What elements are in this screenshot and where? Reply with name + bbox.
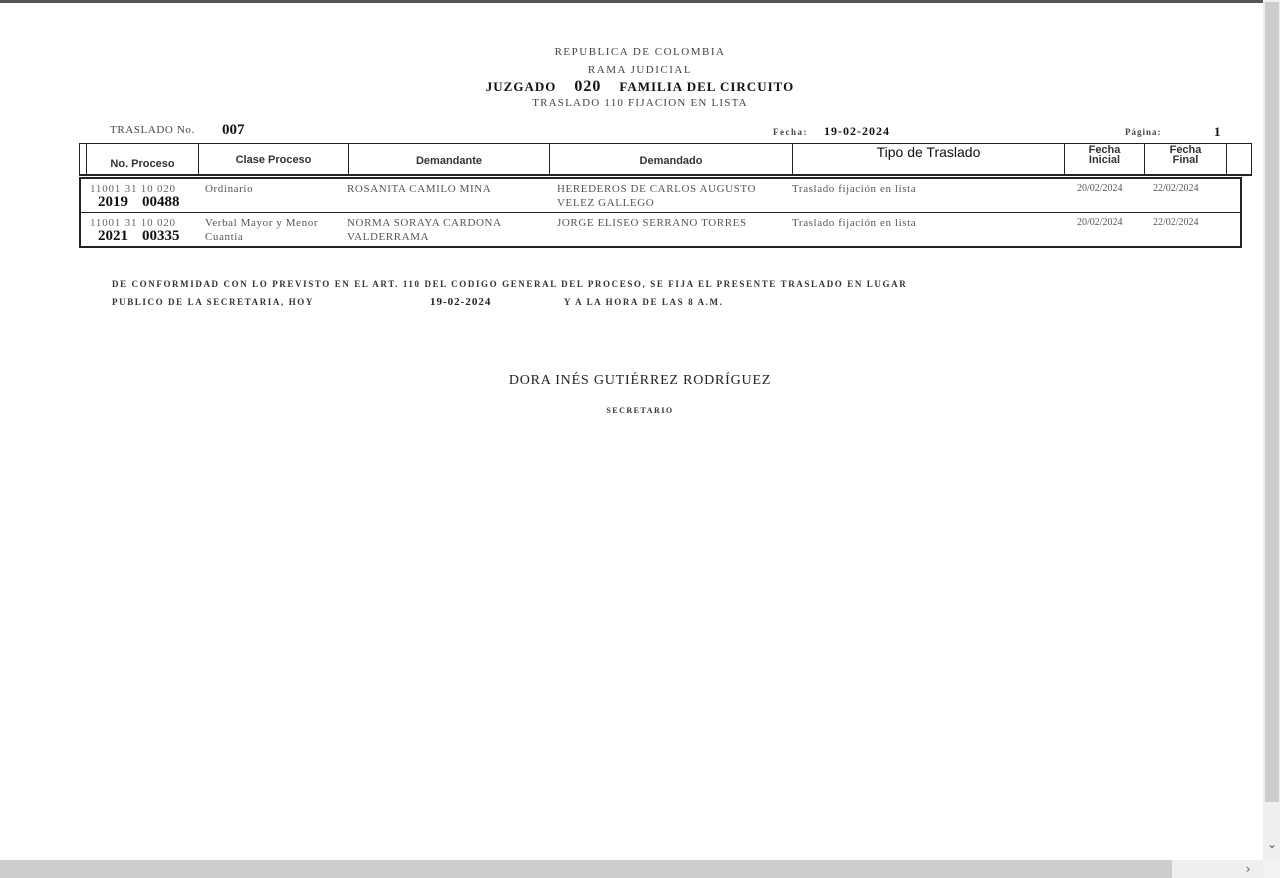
fecha-value: 19-02-2024 [824,124,890,139]
tipo-traslado: Traslado fijación en lista [792,216,916,230]
demandante: NORMA SORAYA CARDONA VALDERRAMA [347,216,552,244]
vertical-scrollbar[interactable]: ⌄ [1263,0,1280,860]
notice-date: 19-02-2024 [430,296,491,308]
col-tipo-traslado: Tipo de Traslado [793,144,1065,174]
document-top-border [0,0,1263,3]
tipo-traslado: Traslado fijación en lista [792,182,916,196]
header-rama: RAMA JUDICIAL [0,64,1280,76]
col-fecha-inicial: FechaInicial [1065,144,1145,174]
demandado: JORGE ELISEO SERRANO TORRES [557,216,792,230]
col-demandante: Demandante [349,144,550,174]
col-no-proceso: No. Proceso [87,144,199,174]
horizontal-scrollbar[interactable]: › [0,860,1263,878]
fecha-final: 22/02/2024 [1153,182,1199,196]
fecha-final: 22/02/2024 [1153,216,1199,230]
horizontal-scroll-thumb[interactable] [0,860,1172,878]
notice-line-2-text: PUBLICO DE LA SECRETARIA, HOY [112,297,314,307]
clase-proceso: Verbal Mayor y Menor Cuantía [205,216,340,244]
table-body: 11001 31 10 020 201900488 Ordinario ROSA… [79,177,1242,248]
col-demandado: Demandado [550,144,793,174]
table-row: 11001 31 10 020 202100335 Verbal Mayor y… [81,213,1240,246]
notice-line-2: PUBLICO DE LA SECRETARIA, HOY 19-02-2024… [112,297,314,307]
juzgado-label: JUZGADO [486,79,557,94]
traslado-label: TRASLADO No. [110,124,195,136]
scroll-down-icon[interactable]: ⌄ [1265,836,1279,852]
col-clase-proceso: Clase Proceso [199,144,349,174]
col-fecha-final: FechaFinal [1145,144,1227,174]
scroll-right-icon[interactable]: › [1240,861,1256,877]
table-header: No. Proceso Clase Proceso Demandante Dem… [79,143,1252,176]
pagina-label: Página: [1125,127,1162,137]
demandado: HEREDEROS DE CARLOS AUGUSTO VELEZ GALLEG… [557,182,792,210]
pagina-value: 1 [1214,124,1221,140]
fecha-inicial: 20/02/2024 [1077,216,1123,230]
demandante: ROSANITA CAMILO MINA [347,182,552,196]
proceso-number: 201900488 [98,195,180,209]
proceso-number: 202100335 [98,229,180,243]
notice-line-1: DE CONFORMIDAD CON LO PREVISTO EN EL ART… [112,279,907,289]
header-republica: REPUBLICA DE COLOMBIA [0,46,1280,58]
fecha-label: Fecha: [773,127,808,137]
notice-hora: Y A LA HORA DE LAS 8 A.M. [564,297,723,307]
juzgado-name: FAMILIA DEL CIRCUITO [619,79,794,94]
traslado-number: 007 [222,122,245,139]
header-traslado-type: TRASLADO 110 FIJACION EN LISTA [0,97,1280,109]
header-left-bar [80,144,87,174]
vertical-scroll-thumb[interactable] [1265,2,1279,802]
juzgado-number: 020 [574,78,601,95]
clase-proceso: Ordinario [205,182,340,196]
signature-role: SECRETARIO [0,406,1280,415]
header-juzgado: JUZGADO020FAMILIA DEL CIRCUITO [0,78,1280,96]
table-row: 11001 31 10 020 201900488 Ordinario ROSA… [81,179,1240,213]
signature-name: DORA INÉS GUTIÉRREZ RODRÍGUEZ [0,373,1280,389]
scrollbar-corner [1263,860,1280,878]
fecha-inicial: 20/02/2024 [1077,182,1123,196]
